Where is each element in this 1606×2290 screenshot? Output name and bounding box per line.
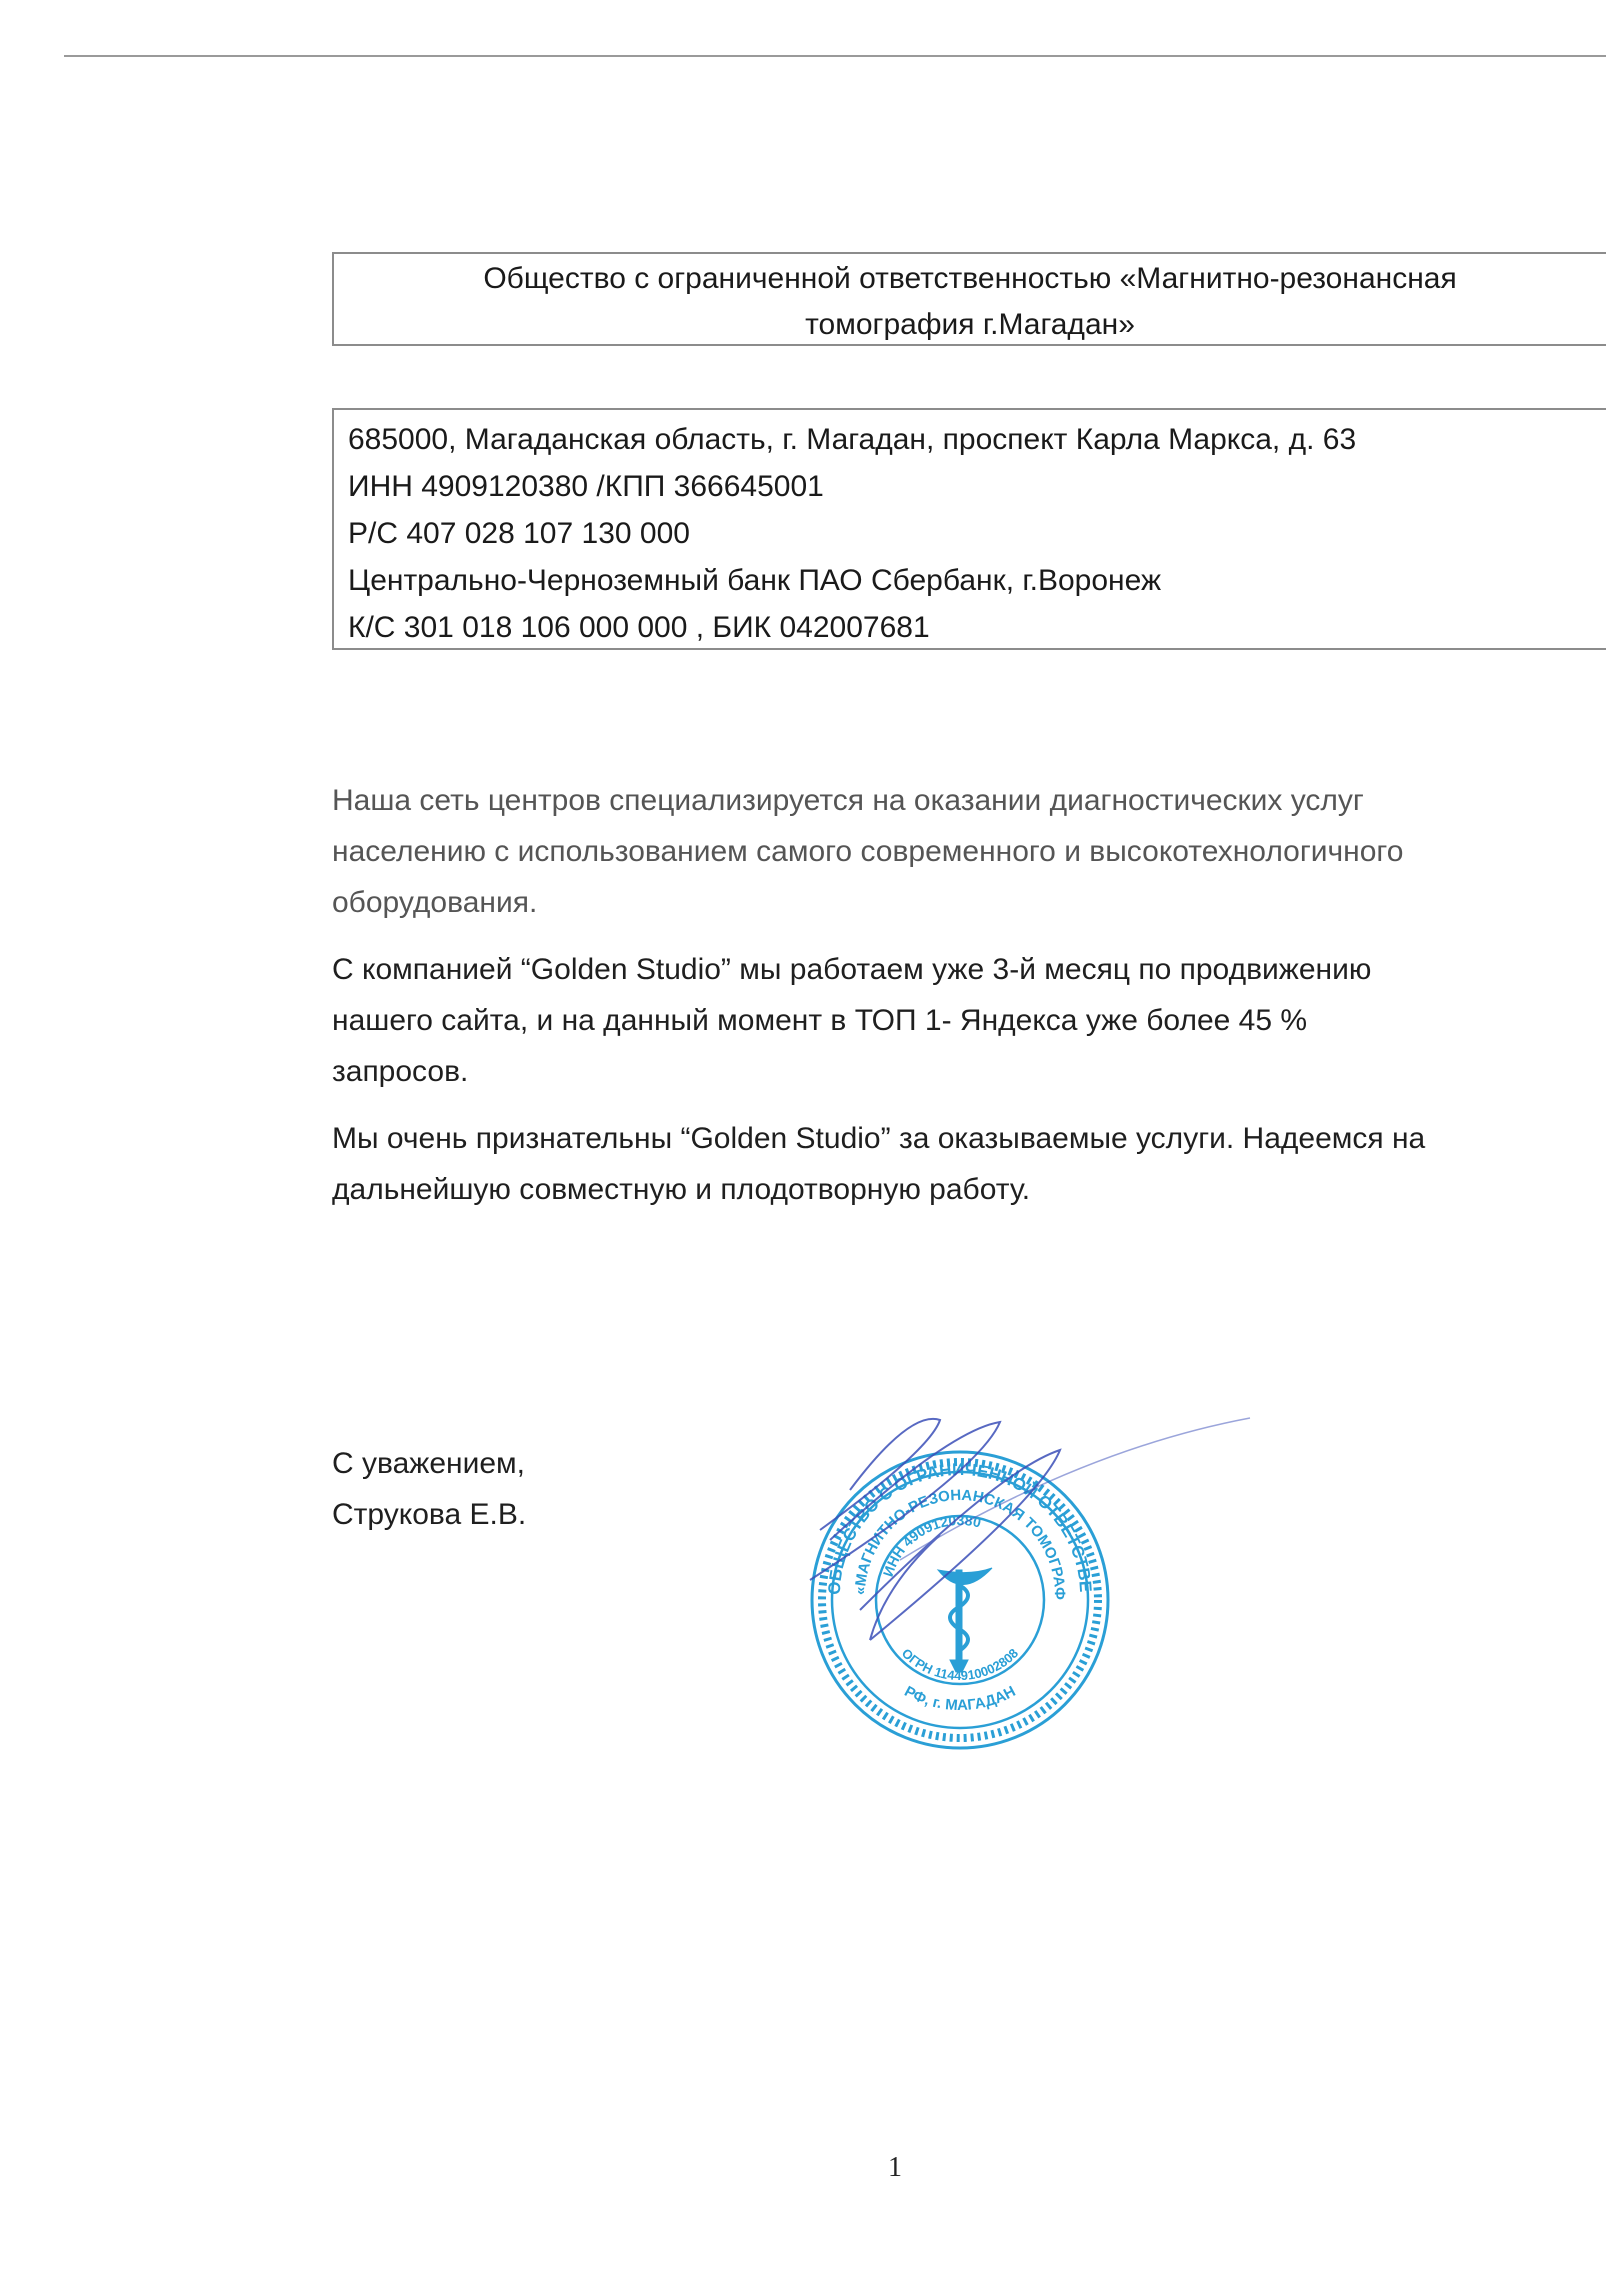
inn-kpp-line: ИНН 4909120380 /КПП 366645001 <box>348 463 1606 510</box>
account-line: Р/С 407 028 107 130 000 <box>348 510 1606 557</box>
signatory-name: Струкова Е.В. <box>332 1489 526 1540</box>
paragraph-intro: Наша сеть центров специализируется на ок… <box>332 775 1432 928</box>
salutation: С уважением, <box>332 1438 526 1489</box>
company-name-box: Общество с ограниченной ответственностью… <box>332 252 1606 346</box>
stamp-and-signature: ОБЩЕСТВО С ОГРАНИЧЕННОЙ ОТВЕТСТВЕННОСТЬЮ… <box>700 1410 1260 1770</box>
company-name-line-2: томография г.Магадан» <box>334 302 1606 348</box>
closing-block: С уважением, Струкова Е.В. <box>332 1438 526 1540</box>
paragraph-thanks: Мы очень признательны “Golden Studio” за… <box>332 1113 1432 1215</box>
paragraph-results: С компанией “Golden Studio” мы работаем … <box>332 944 1432 1097</box>
svg-text:РФ, г. МАГАДАН: РФ, г. МАГАДАН <box>901 1683 1018 1714</box>
company-name-line-1: Общество с ограниченной ответственностью… <box>334 256 1606 302</box>
bank-line: Центрально-Черноземный банк ПАО Сбербанк… <box>348 557 1606 604</box>
address-line: 685000, Магаданская область, г. Магадан,… <box>348 416 1606 463</box>
letter-body: Наша сеть центров специализируется на ок… <box>332 775 1432 1231</box>
page-number: 1 <box>888 2152 902 2184</box>
requisites-box: 685000, Магаданская область, г. Магадан,… <box>332 408 1606 650</box>
top-divider <box>64 55 1606 57</box>
seal-stamp-icon: ОБЩЕСТВО С ОГРАНИЧЕННОЙ ОТВЕТСТВЕННОСТЬЮ… <box>700 1410 1260 1770</box>
corr-account-bik-line: К/С 301 018 106 000 000 , БИК 042007681 <box>348 604 1606 651</box>
